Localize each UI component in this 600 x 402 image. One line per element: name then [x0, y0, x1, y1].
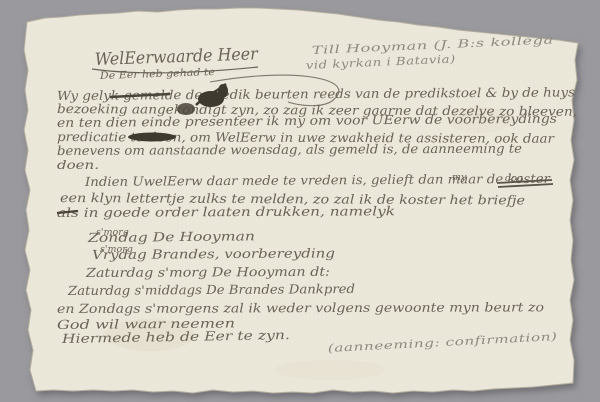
paper-stain — [275, 360, 385, 380]
letter-line: benevens om aanstaande woensdag, als gem… — [57, 141, 522, 158]
interlinear-insert: my — [452, 172, 467, 183]
letter-line: als in goede order laaten drukken, namel… — [57, 203, 395, 220]
letter-line: Zaturdag s'morg De Hooyman dt: — [85, 264, 330, 280]
ink-writing: WelEerwaarde Heer De Eer heb gehad te Wy… — [57, 44, 577, 346]
letter-line: en Zondags s'morgens zal ik weder volgen… — [57, 299, 544, 316]
interlinear-insert: s'morg — [96, 227, 129, 238]
ink-blot — [177, 103, 195, 115]
interlinear-insert: s'morg — [100, 244, 133, 255]
letter-line: Zaturdag s'middags De Brandes Dankpred — [67, 281, 355, 298]
ink-blot — [128, 133, 176, 142]
letter-scan: WelEerwaarde Heer De Eer heb gehad te Wy… — [0, 0, 600, 402]
letter-line: doen. — [57, 157, 99, 172]
